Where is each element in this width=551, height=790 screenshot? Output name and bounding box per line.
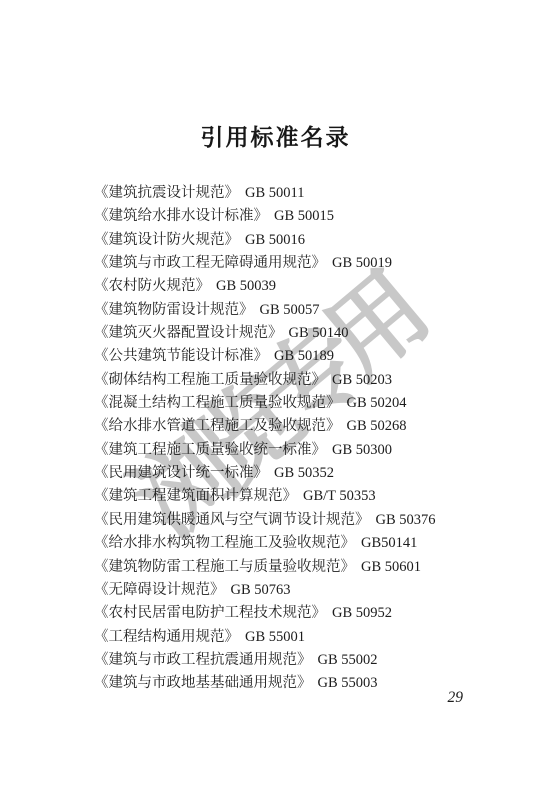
list-item: 《无障碍设计规范》GB 50763 xyxy=(94,579,521,602)
standard-code: GB 50019 xyxy=(332,255,392,271)
list-item: 《民用建筑设计统一标准》GB 50352 xyxy=(94,462,521,485)
list-item: 《建筑抗震设计规范》GB 50011 xyxy=(94,182,521,205)
standard-code: GB 55001 xyxy=(245,629,305,645)
standard-code: GB 50352 xyxy=(274,465,334,481)
standard-name: 《农村民居雷电防护工程技术规范》 xyxy=(94,605,326,621)
standards-list: 《建筑抗震设计规范》GB 50011《建筑给水排水设计标准》GB 50015《建… xyxy=(94,182,521,696)
standard-code: GB 50016 xyxy=(245,232,305,248)
standard-name: 《建筑物防雷设计规范》 xyxy=(94,302,254,318)
standard-code: GB 50189 xyxy=(274,348,334,364)
standard-code: GB 55002 xyxy=(318,652,378,668)
standard-name: 《建筑与市政地基基础通用规范》 xyxy=(94,675,312,691)
standard-code: GB 50039 xyxy=(216,278,276,294)
standard-name: 《建筑工程施工质量验收统一标准》 xyxy=(94,442,326,458)
standard-code: GB 50011 xyxy=(245,185,304,201)
page-number: 29 xyxy=(448,689,464,707)
standard-code: GB 50300 xyxy=(332,442,392,458)
list-item: 《建筑物防雷设计规范》GB 50057 xyxy=(94,299,521,322)
document-page: 浏览专用 引用标准名录 《建筑抗震设计规范》GB 50011《建筑给水排水设计标… xyxy=(0,0,551,790)
standard-code: GB 50763 xyxy=(231,582,291,598)
standard-name: 《建筑灭火器配置设计规范》 xyxy=(94,325,283,341)
standard-name: 《建筑设计防火规范》 xyxy=(94,232,239,248)
standard-name: 《给水排水管道工程施工及验收规范》 xyxy=(94,418,341,434)
list-item: 《农村民居雷电防护工程技术规范》GB 50952 xyxy=(94,602,521,625)
standard-code: GB 50140 xyxy=(289,325,349,341)
list-item: 《建筑灭火器配置设计规范》GB 50140 xyxy=(94,322,521,345)
standard-code: GB/T 50353 xyxy=(303,488,376,504)
standard-name: 《砌体结构工程施工质量验收规范》 xyxy=(94,372,326,388)
standard-name: 《建筑给水排水设计标准》 xyxy=(94,208,268,224)
standard-name: 《建筑物防雷工程施工与质量验收规范》 xyxy=(94,559,355,575)
standard-name: 《建筑工程建筑面积计算规范》 xyxy=(94,488,297,504)
standard-code: GB 50204 xyxy=(347,395,407,411)
standard-name: 《混凝土结构工程施工质量验收规范》 xyxy=(94,395,341,411)
standard-code: GB 50376 xyxy=(376,512,436,528)
list-item: 《给水排水构筑物工程施工及验收规范》GB50141 xyxy=(94,532,521,555)
standard-code: GB 50952 xyxy=(332,605,392,621)
list-item: 《民用建筑供暖通风与空气调节设计规范》GB 50376 xyxy=(94,509,521,532)
standard-code: GB 50057 xyxy=(260,302,320,318)
standard-name: 《无障碍设计规范》 xyxy=(94,582,225,598)
list-item: 《建筑给水排水设计标准》GB 50015 xyxy=(94,205,521,228)
standard-name: 《建筑与市政工程无障碍通用规范》 xyxy=(94,255,326,271)
list-item: 《建筑物防雷工程施工与质量验收规范》GB 50601 xyxy=(94,556,521,579)
standard-name: 《建筑与市政工程抗震通用规范》 xyxy=(94,652,312,668)
list-item: 《建筑与市政工程无障碍通用规范》GB 50019 xyxy=(94,252,521,275)
standard-code: GB50141 xyxy=(361,535,417,551)
list-item: 《建筑设计防火规范》GB 50016 xyxy=(94,229,521,252)
standard-code: GB 55003 xyxy=(318,675,378,691)
list-item: 《公共建筑节能设计标准》GB 50189 xyxy=(94,345,521,368)
list-item: 《建筑工程施工质量验收统一标准》GB 50300 xyxy=(94,439,521,462)
standard-name: 《民用建筑供暖通风与空气调节设计规范》 xyxy=(94,512,370,528)
standard-code: GB 50015 xyxy=(274,208,334,224)
standard-code: GB 50203 xyxy=(332,372,392,388)
list-item: 《工程结构通用规范》GB 55001 xyxy=(94,626,521,649)
standard-code: GB 50268 xyxy=(347,418,407,434)
standard-code: GB 50601 xyxy=(361,559,421,575)
standard-name: 《工程结构通用规范》 xyxy=(94,629,239,645)
standard-name: 《公共建筑节能设计标准》 xyxy=(94,348,268,364)
standard-name: 《建筑抗震设计规范》 xyxy=(94,185,239,201)
list-item: 《混凝土结构工程施工质量验收规范》GB 50204 xyxy=(94,392,521,415)
list-item: 《砌体结构工程施工质量验收规范》GB 50203 xyxy=(94,369,521,392)
list-item: 《给水排水管道工程施工及验收规范》GB 50268 xyxy=(94,415,521,438)
standard-name: 《民用建筑设计统一标准》 xyxy=(94,465,268,481)
standard-name: 《农村防火规范》 xyxy=(94,278,210,294)
list-item: 《建筑与市政工程抗震通用规范》GB 55002 xyxy=(94,649,521,672)
page-title: 引用标准名录 xyxy=(0,119,551,152)
list-item: 《农村防火规范》GB 50039 xyxy=(94,275,521,298)
standard-name: 《给水排水构筑物工程施工及验收规范》 xyxy=(94,535,355,551)
list-item: 《建筑工程建筑面积计算规范》GB/T 50353 xyxy=(94,485,521,508)
